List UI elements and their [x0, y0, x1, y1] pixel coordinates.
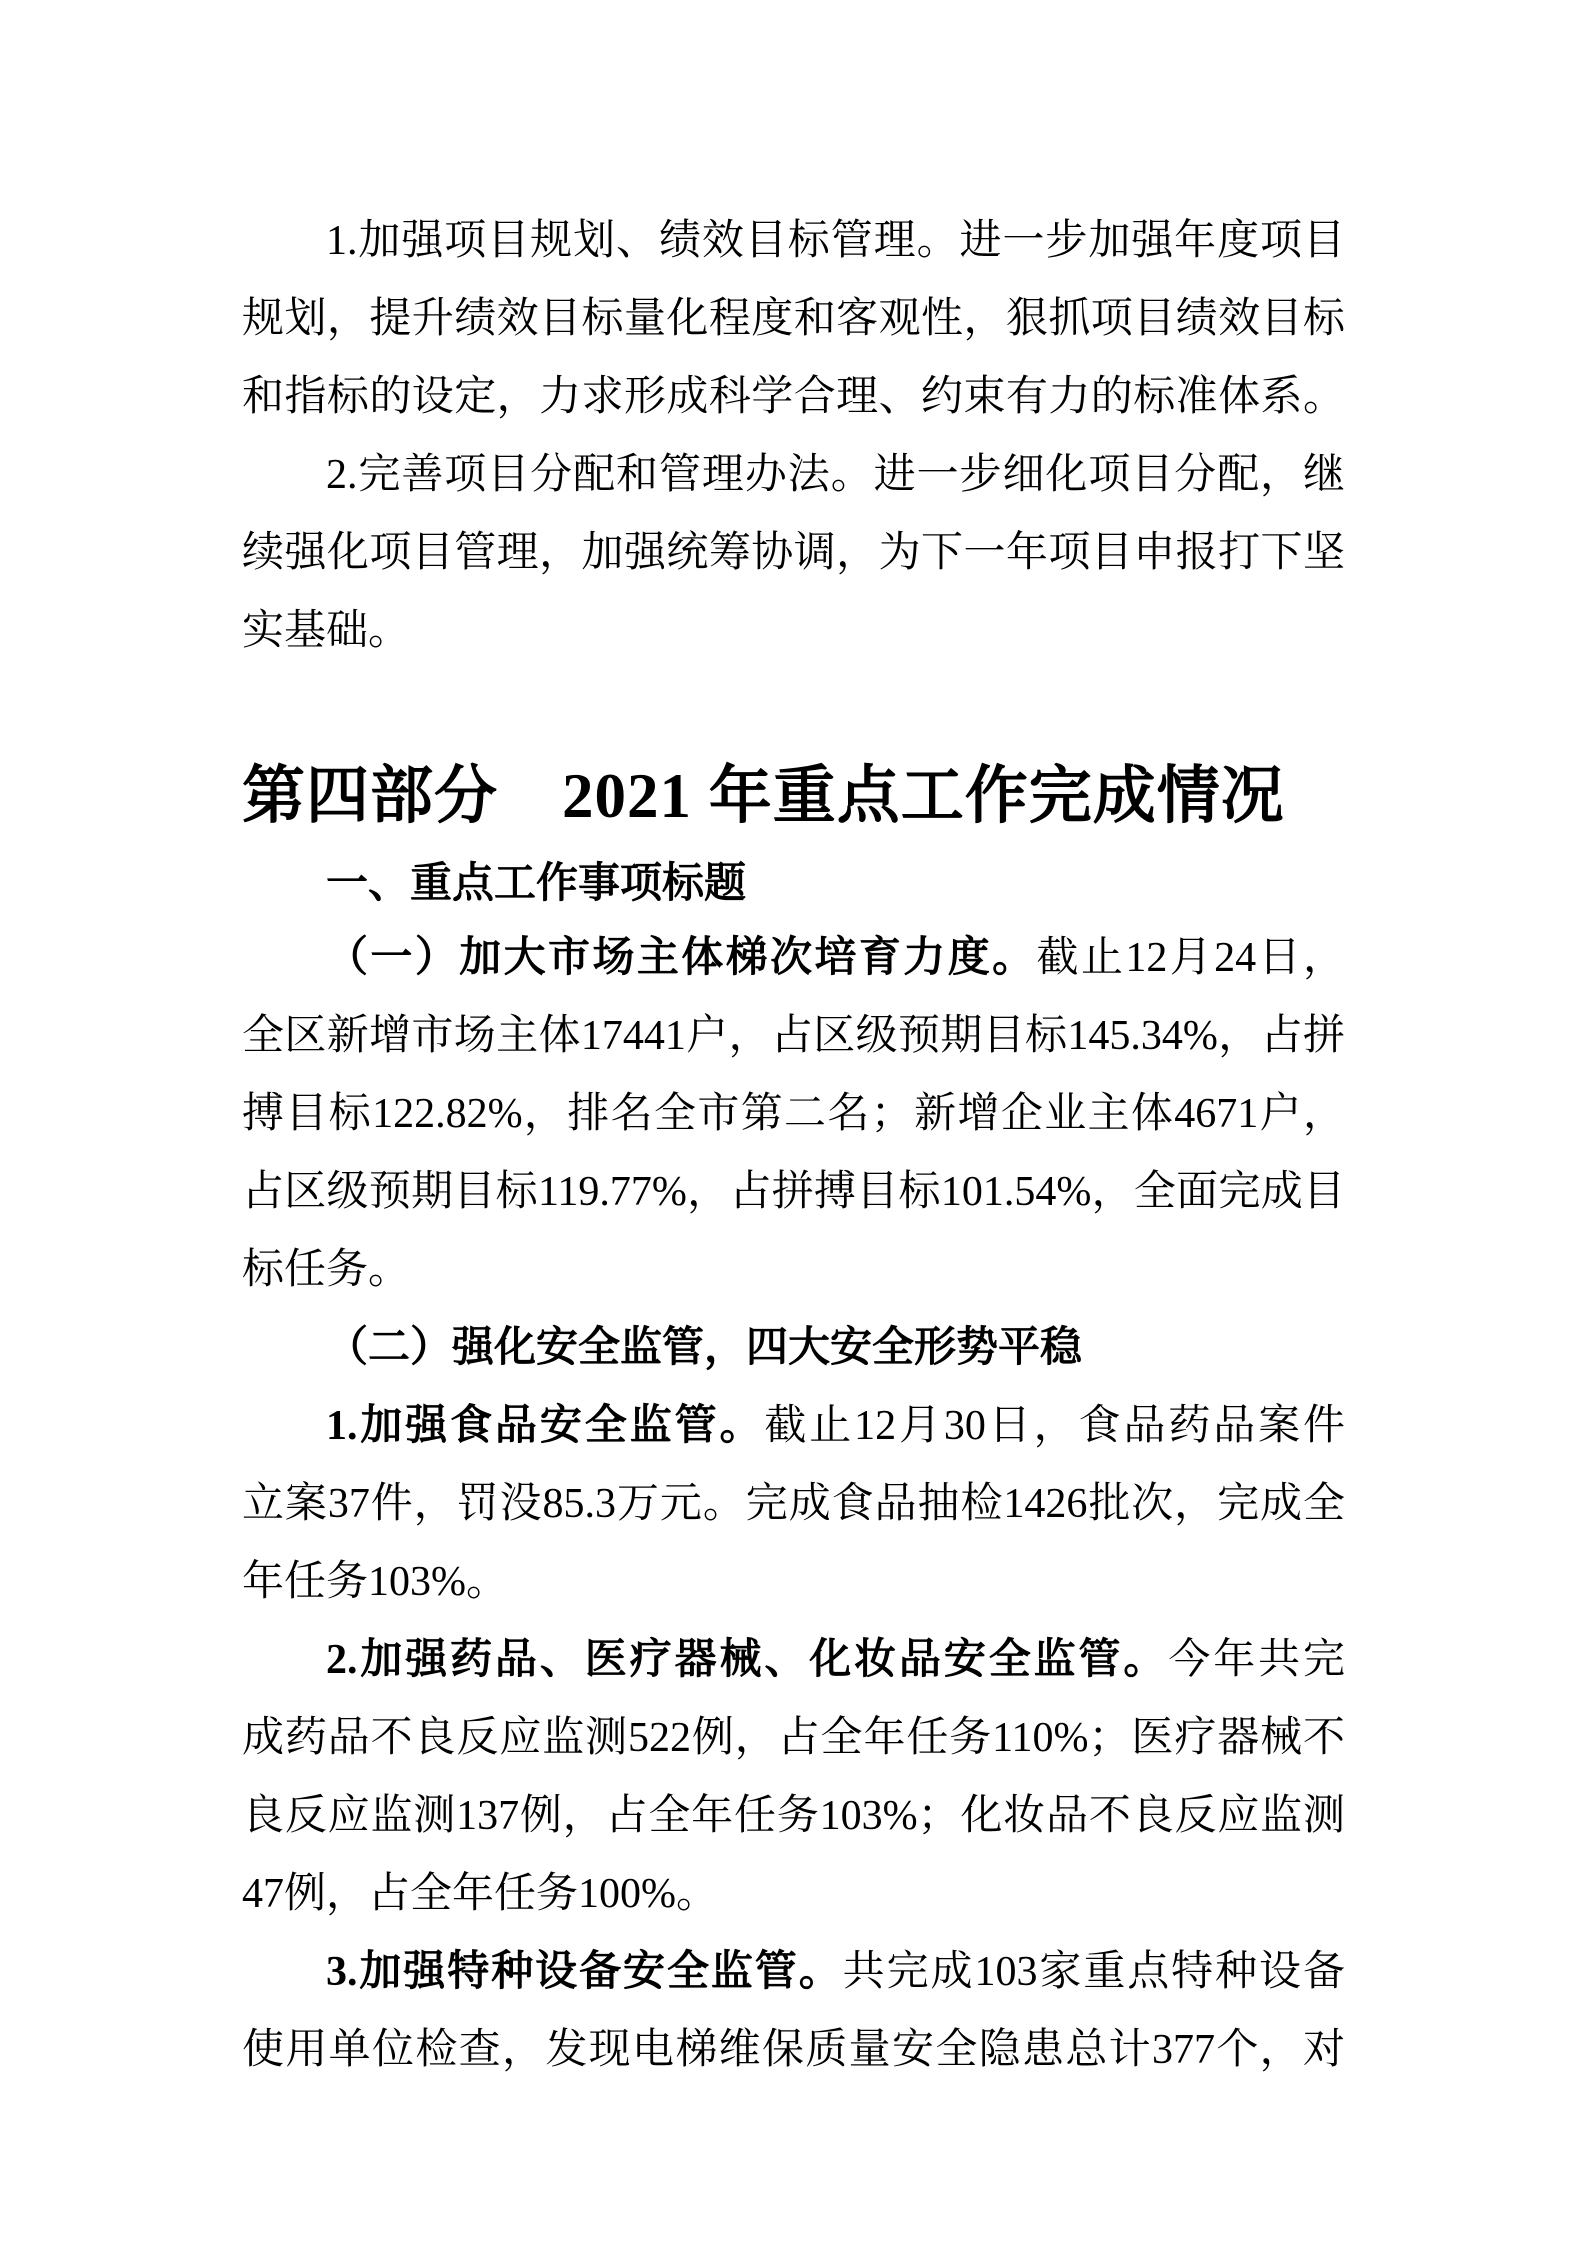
text-line: 续强化项目管理，加强统筹协调，为下一年项目申报打下坚	[242, 514, 1345, 592]
body-text: 全区新增市场主体17441户，占区级预期目标145.34%，占拼	[242, 1013, 1345, 1059]
intro-paragraphs: 1.加强项目规划、绩效目标管理。进一步加强年度项目规划，提升绩效目标量化程度和客…	[242, 202, 1345, 670]
body-text: 共完成103家重点特种设备	[843, 1949, 1345, 1995]
text-line: 实基础。	[242, 592, 1345, 670]
text-line: 良反应监测137例，占全年任务103%；化妆品不良反应监测	[242, 1777, 1345, 1855]
sub-heading: 一、重点工作事项标题	[242, 853, 746, 913]
text-line: 2.加强药品、医疗器械、化妆品安全监管。今年共完	[242, 1621, 1345, 1699]
text-line: 3.加强特种设备安全监管。共完成103家重点特种设备	[242, 1933, 1345, 2011]
text-line: 立案37件，罚没85.3万元。完成食品抽检1426批次，完成全	[242, 1465, 1345, 1543]
text-line: 47例，占全年任务100%。	[242, 1855, 1345, 1933]
body-text: 实基础。	[242, 608, 410, 654]
body-text: 截止12月24日，	[1037, 935, 1345, 981]
body-text: 续强化项目管理，加强统筹协调，为下一年项目申报打下坚	[242, 530, 1345, 576]
body-text: 占区级预期目标119.77%，占拼搏目标101.54%，全面完成目	[242, 1169, 1345, 1215]
text-line: 占区级预期目标119.77%，占拼搏目标101.54%，全面完成目	[242, 1153, 1345, 1231]
text-line: 规划，提升绩效目标量化程度和客观性，狠抓项目绩效目标	[242, 280, 1345, 358]
text-line: 1.加强项目规划、绩效目标管理。进一步加强年度项目	[242, 202, 1345, 280]
body-text: 和指标的设定，力求形成科学合理、约束有力的标准体系。	[242, 374, 1345, 420]
section-heading: 第四部分 2021 年重点工作完成情况	[242, 756, 1285, 836]
text-line: 标任务。	[242, 1231, 1345, 1309]
bold-lead-text: （一）加大市场主体梯次培育力度。	[326, 935, 1037, 981]
text-line: 年任务103%。	[242, 1543, 1345, 1621]
section-four-paragraphs: （一）加大市场主体梯次培育力度。截止12月24日，全区新增市场主体17441户，…	[242, 919, 1345, 2089]
body-text: 1.加强项目规划、绩效目标管理。进一步加强年度项目	[326, 218, 1345, 264]
text-line: 1.加强食品安全监管。截止12月30日，食品药品案件	[242, 1387, 1345, 1465]
body-text: 标任务。	[242, 1247, 410, 1293]
body-text: 2.完善项目分配和管理办法。进一步细化项目分配，继	[326, 452, 1345, 498]
text-line: 全区新增市场主体17441户，占区级预期目标145.34%，占拼	[242, 997, 1345, 1075]
document-page: 1.加强项目规划、绩效目标管理。进一步加强年度项目规划，提升绩效目标量化程度和客…	[0, 0, 1588, 2245]
text-line: 成药品不良反应监测522例，占全年任务110%；医疗器械不	[242, 1699, 1345, 1777]
text-line: 和指标的设定，力求形成科学合理、约束有力的标准体系。	[242, 358, 1345, 436]
bold-lead-text: 1.加强食品安全监管。	[326, 1403, 764, 1449]
bold-lead-text: 3.加强特种设备安全监管。	[326, 1949, 843, 1995]
text-line: 搏目标122.82%，排名全市第二名；新增企业主体4671户，	[242, 1075, 1345, 1153]
body-text: 47例，占全年任务100%。	[242, 1871, 718, 1917]
body-text: 立案37件，罚没85.3万元。完成食品抽检1426批次，完成全	[242, 1481, 1345, 1527]
body-text: 规划，提升绩效目标量化程度和客观性，狠抓项目绩效目标	[242, 296, 1345, 342]
text-line: 使用单位检查，发现电梯维保质量安全隐患总计377个，对	[242, 2011, 1345, 2089]
text-line: 2.完善项目分配和管理办法。进一步细化项目分配，继	[242, 436, 1345, 514]
bold-lead-text: 2.加强药品、医疗器械、化妆品安全监管。	[326, 1637, 1168, 1683]
body-text: 使用单位检查，发现电梯维保质量安全隐患总计377个，对	[242, 2027, 1345, 2073]
body-text: 年任务103%。	[242, 1559, 508, 1605]
text-line: （一）加大市场主体梯次培育力度。截止12月24日，	[242, 919, 1345, 997]
text-line: （二）强化安全监管，四大安全形势平稳	[242, 1309, 1345, 1387]
body-text: 搏目标122.82%，排名全市第二名；新增企业主体4671户，	[242, 1091, 1345, 1137]
bold-lead-text: （二）强化安全监管，四大安全形势平稳	[326, 1325, 1082, 1371]
body-text: 截止12月30日，食品药品案件	[764, 1403, 1345, 1449]
body-text: 良反应监测137例，占全年任务103%；化妆品不良反应监测	[242, 1793, 1345, 1839]
body-text: 今年共完	[1168, 1637, 1345, 1683]
body-text: 成药品不良反应监测522例，占全年任务110%；医疗器械不	[242, 1715, 1345, 1761]
